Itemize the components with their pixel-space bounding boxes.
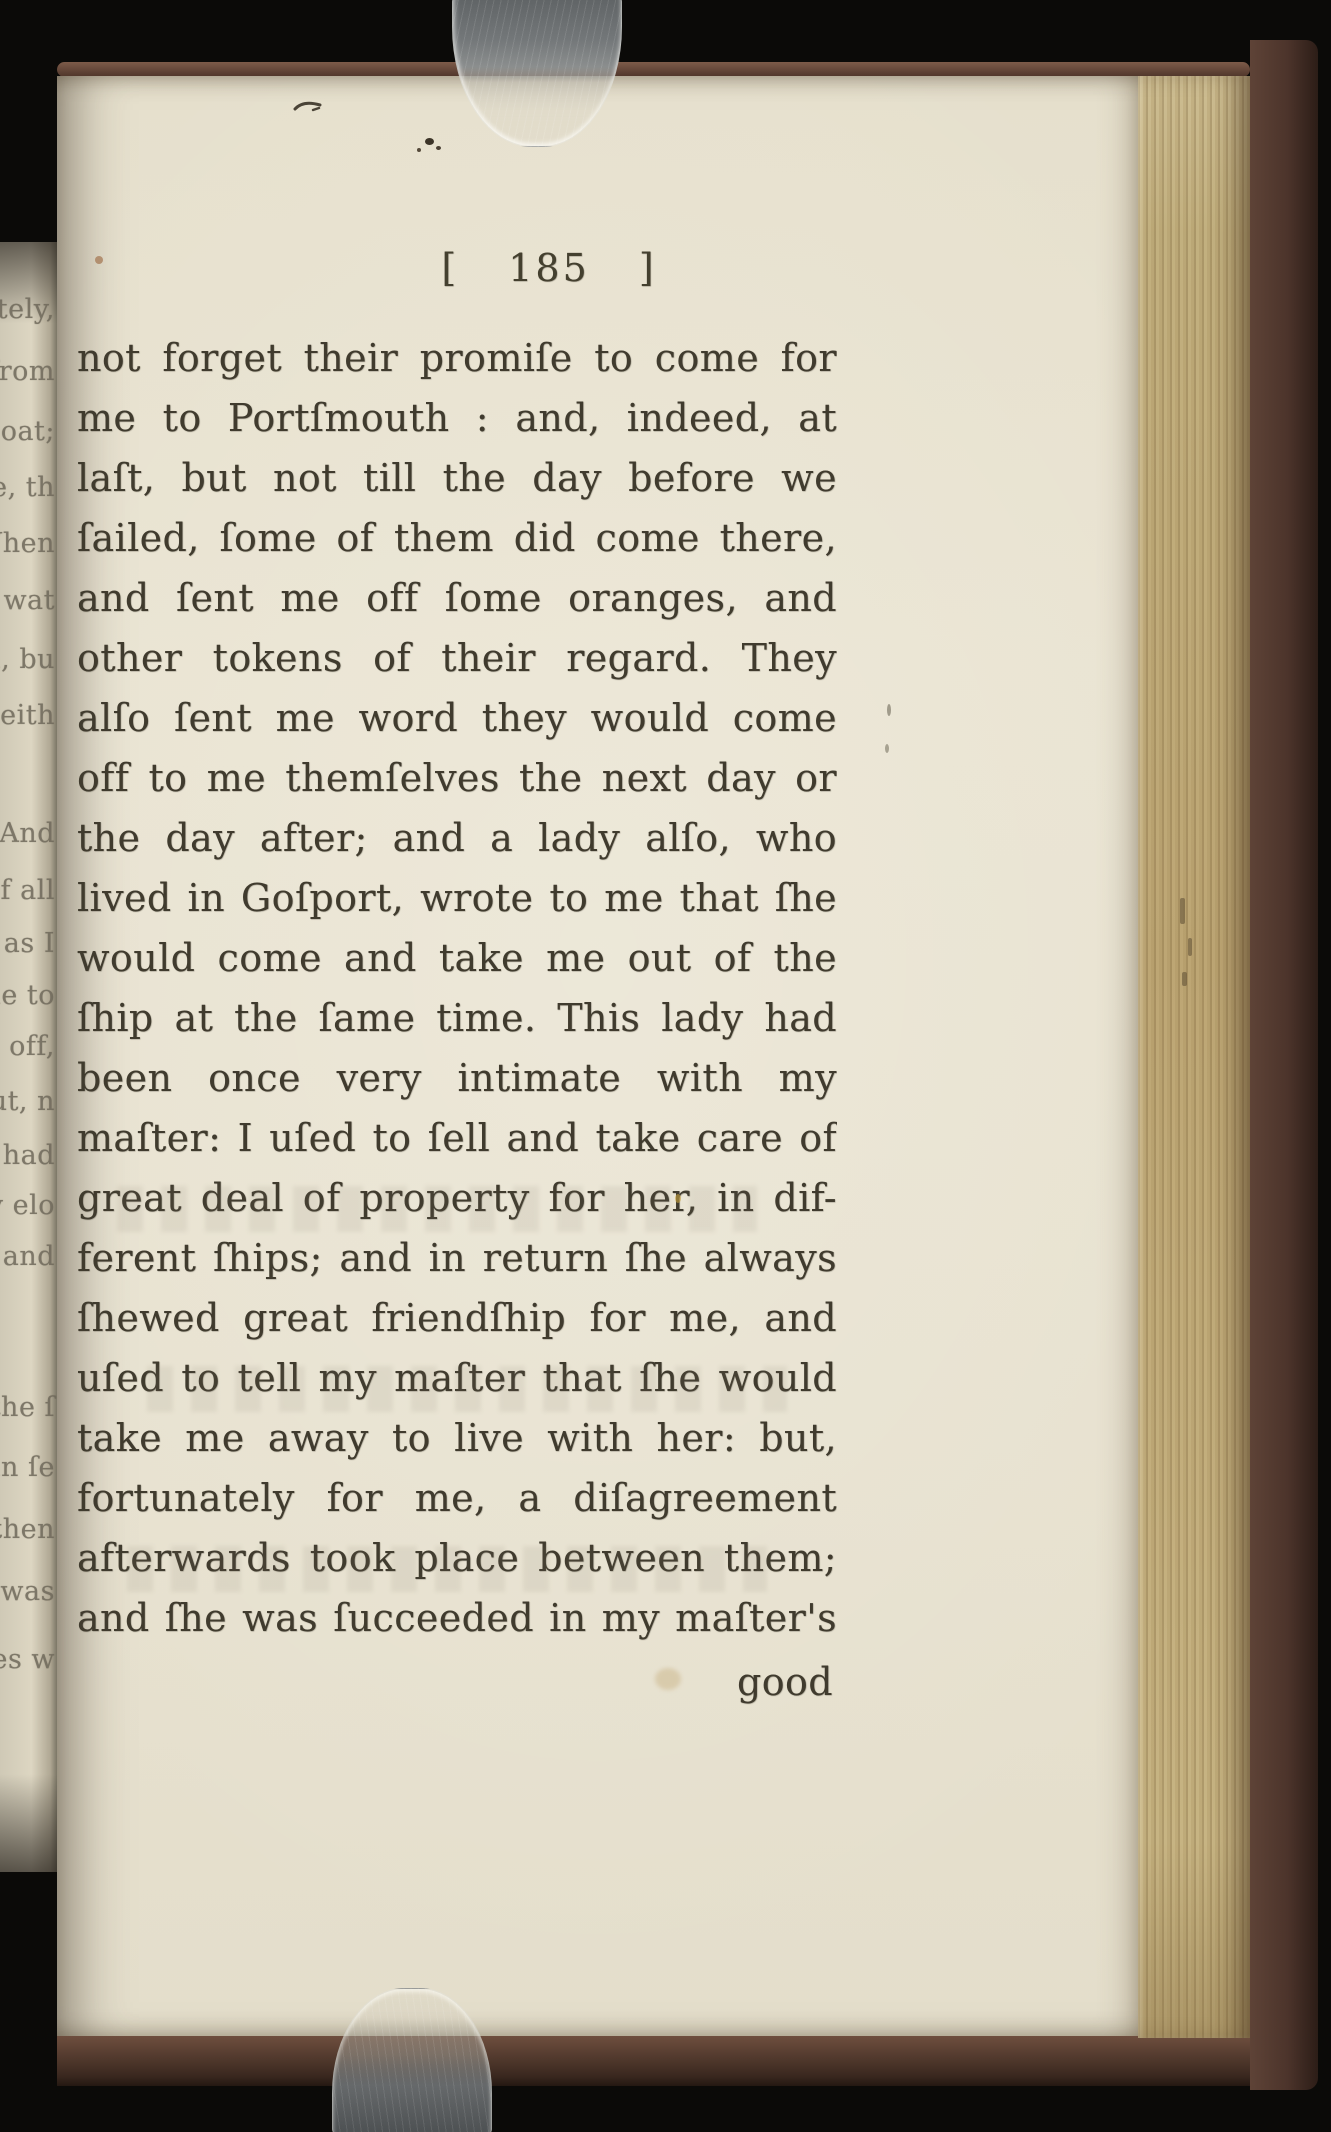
facing-page-text-fragment: mates w bbox=[0, 1644, 55, 1675]
text-line: other tokens of their regard. They bbox=[77, 628, 837, 688]
text-line: maſter: I uſed to ſell and take care of … bbox=[77, 1108, 837, 1168]
text-line: the day after; and a lady alſo, who bbox=[77, 808, 837, 868]
show-through bbox=[127, 1546, 767, 1592]
facing-page-text-fragment: ſee eith bbox=[0, 700, 55, 731]
stain bbox=[655, 1668, 681, 1690]
facing-page-text-fragment: e a boat; bbox=[0, 416, 55, 447]
facing-page-text-fragment: ion in ſe bbox=[0, 1452, 55, 1483]
facing-page-text-fragment: e my elo bbox=[0, 1190, 55, 1221]
text-line: ferent ſhips; and in return ſhe always bbox=[77, 1228, 837, 1288]
page-fore-edge bbox=[1138, 76, 1250, 2038]
facing-page-text-fragment: while to bbox=[0, 980, 55, 1011]
ink-speck bbox=[436, 146, 441, 150]
ink-speck bbox=[417, 148, 421, 152]
fore-edge-mark bbox=[1188, 938, 1192, 956]
book-cover-right bbox=[1250, 40, 1318, 2090]
facing-page-text-fragment: time, th bbox=[0, 472, 55, 503]
facing-page-text-fragment: I was bbox=[0, 1576, 55, 1607]
facing-page-text-fragment: he had bbox=[0, 1140, 55, 1171]
facing-page-text-fragment: . When bbox=[0, 528, 55, 559]
book-cover-top-edge bbox=[57, 62, 1250, 77]
ink-speck bbox=[425, 138, 434, 145]
text-line: take me away to live with her: but, un- bbox=[77, 1408, 837, 1468]
show-through bbox=[147, 1366, 787, 1412]
ink-speck bbox=[885, 744, 889, 753]
facing-page-text-fragment: k I wat bbox=[0, 585, 55, 616]
facing-page-edge: ediately, nea from e a boat; time, th . … bbox=[0, 242, 57, 1872]
fore-edge-mark bbox=[1180, 898, 1185, 924]
facing-page-text-fragment: by then bbox=[0, 1514, 55, 1545]
facing-page-text-fragment: nea from bbox=[0, 356, 55, 387]
catchword: good bbox=[77, 1652, 837, 1712]
body-text: not forget their promiſe to come for me … bbox=[77, 328, 837, 1712]
foxing-spot bbox=[95, 256, 103, 264]
book-photograph: ediately, nea from e a boat; time, th . … bbox=[0, 0, 1331, 2132]
facing-page-text-fragment: , as I bbox=[0, 928, 55, 959]
foxing-spot bbox=[675, 1194, 681, 1203]
text-line: off to me themſelves the next day or bbox=[77, 748, 837, 808]
text-line: and ſhe was ſucceeded in my maſter's bbox=[77, 1588, 837, 1648]
text-line: been once very intimate with my former bbox=[77, 1048, 837, 1108]
text-line: ſhip at the ſame time. This lady had bbox=[77, 988, 837, 1048]
text-line: lived in Goſport, wrote to me that ſhe bbox=[77, 868, 837, 928]
text-line: ſhewed great friendſhip for me, and bbox=[77, 1288, 837, 1348]
text-line: me to Portſmouth : and, indeed, at bbox=[77, 388, 837, 448]
facing-page-text-fragment: o go off, bbox=[0, 1031, 55, 1062]
facing-page-text-fragment: to the ſ bbox=[0, 1392, 55, 1423]
facing-page-text-fragment: rft of all bbox=[0, 875, 55, 906]
facing-page-text-fragment: And bbox=[0, 818, 55, 849]
text-line: fortunately for me, a diſagreement ſoon bbox=[77, 1468, 837, 1528]
text-line: laſt, but not till the day before we bbox=[77, 448, 837, 508]
book-cover-bottom-edge bbox=[57, 2036, 1300, 2086]
facing-page-text-fragment: ough, bu bbox=[0, 644, 55, 675]
pen-mark bbox=[293, 98, 323, 114]
ink-speck bbox=[887, 704, 891, 716]
book-page: [ 185 ] not forget their promiſe to come… bbox=[57, 76, 1138, 2036]
facing-page-text-fragment: iled, and bbox=[0, 1241, 55, 1272]
text-line: ſailed, ſome of them did come there, bbox=[77, 508, 837, 568]
facing-page-text-fragment: ediately, bbox=[0, 294, 55, 325]
fore-edge-mark bbox=[1182, 972, 1187, 986]
text-line: would come and take me out of the bbox=[77, 928, 837, 988]
text-line: not forget their promiſe to come for bbox=[77, 328, 837, 388]
show-through bbox=[117, 1186, 757, 1232]
text-line: and ſent me off ſome oranges, and bbox=[77, 568, 837, 628]
page-number-header: [ 185 ] bbox=[77, 246, 929, 290]
text-line: alſo ſent me word they would come bbox=[77, 688, 837, 748]
facing-page-text-fragment: ; but, n bbox=[0, 1086, 55, 1117]
